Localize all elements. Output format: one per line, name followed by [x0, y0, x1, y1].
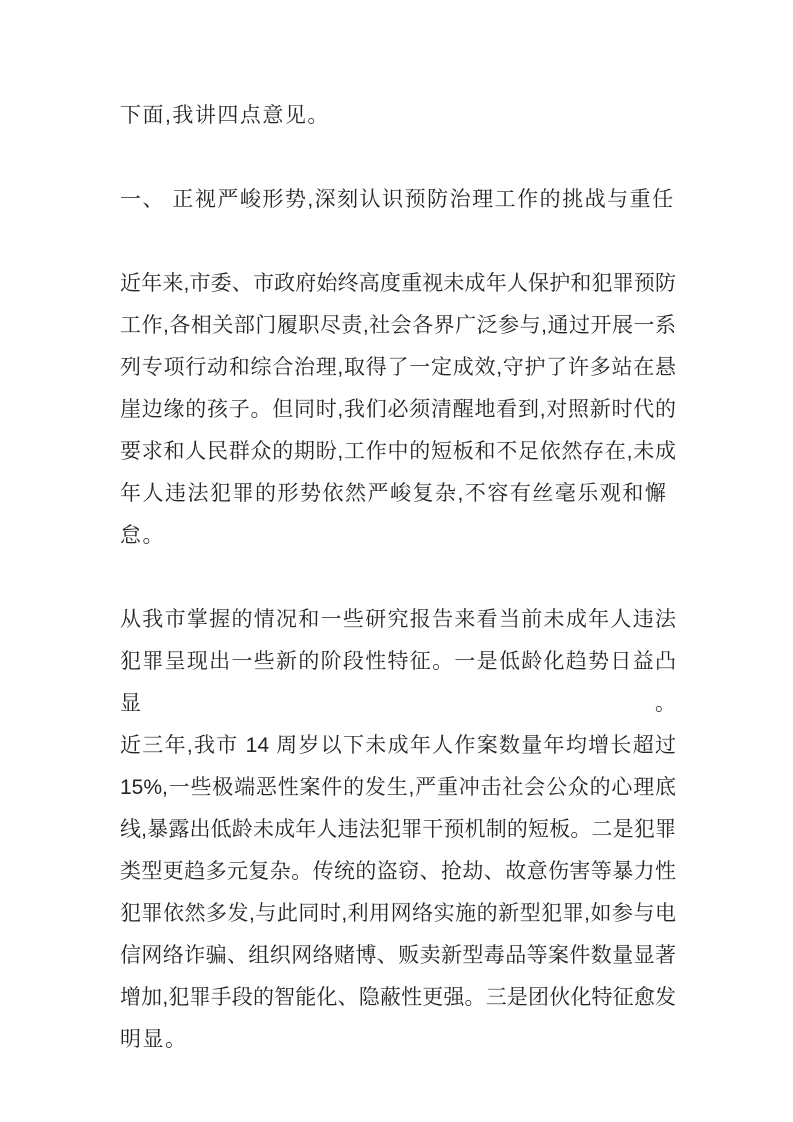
intro-paragraph: 下面,我讲四点意见。	[120, 95, 676, 137]
text-line: 信网络诈骗、组织网络赌博、贩卖新型毒品等案件数量显著	[120, 935, 676, 977]
text-line: 犯罪依然多发,与此同时,利用网络实施的新型犯罪,如参与电	[120, 893, 676, 935]
text-line: 近三年,我市 14 周岁以下未成年人作案数量年均增长超过	[120, 725, 676, 767]
document-page: 下面,我讲四点意见。一、 正视严峻形势,深刻认识预防治理工作的挑战与重任近年来,…	[0, 0, 793, 1122]
text-line: 类型更趋多元复杂。传统的盗窃、抢劫、故意伤害等暴力性	[120, 851, 676, 893]
text-line: 犯罪呈现出一些新的阶段性特征。一是低龄化趋势日益凸显。	[120, 641, 676, 725]
paragraph-2: 从我市掌握的情况和一些研究报告来看当前未成年人违法犯罪呈现出一些新的阶段性特征。…	[120, 599, 676, 1061]
text-line: 崖边缘的孩子。但同时,我们必须清醒地看到,对照新时代的	[120, 389, 676, 431]
section-heading: 一、 正视严峻形势,深刻认识预防治理工作的挑战与重任	[120, 179, 676, 221]
text-line: 明显。	[120, 1019, 676, 1061]
text-line: 下面,我讲四点意见。	[120, 95, 676, 137]
text-line: 工作,各相关部门履职尽责,社会各界广泛参与,通过开展一系	[120, 305, 676, 347]
text-line: 从我市掌握的情况和一些研究报告来看当前未成年人违法	[120, 599, 676, 641]
text-line: 要求和人民群众的期盼,工作中的短板和不足依然存在,未成	[120, 431, 676, 473]
document-body: 下面,我讲四点意见。一、 正视严峻形势,深刻认识预防治理工作的挑战与重任近年来,…	[120, 95, 676, 1061]
text-line: 线,暴露出低龄未成年人违法犯罪干预机制的短板。二是犯罪	[120, 809, 676, 851]
text-line: 增加,犯罪手段的智能化、隐蔽性更强。三是团伙化特征愈发	[120, 977, 676, 1019]
text-line: 近年来,市委、市政府始终高度重视未成年人保护和犯罪预防	[120, 263, 676, 305]
text-line: 年人违法犯罪的形势依然严峻复杂,不容有丝毫乐观和懈怠。	[120, 473, 676, 557]
text-line: 15%,一些极端恶性案件的发生,严重冲击社会公众的心理底	[120, 767, 676, 809]
text-line: 列专项行动和综合治理,取得了一定成效,守护了许多站在悬	[120, 347, 676, 389]
paragraph-1: 近年来,市委、市政府始终高度重视未成年人保护和犯罪预防工作,各相关部门履职尽责,…	[120, 263, 676, 557]
section-1-heading: 一、 正视严峻形势,深刻认识预防治理工作的挑战与重任	[120, 179, 676, 221]
